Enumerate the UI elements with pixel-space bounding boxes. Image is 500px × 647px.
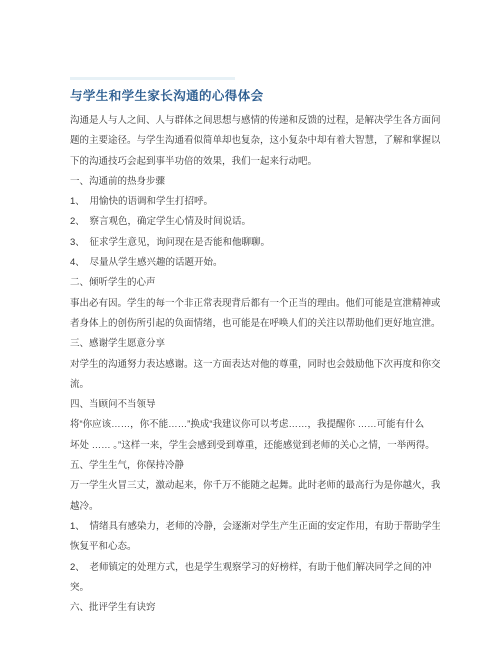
text-line: 题的主要途径。与学生沟通看似简单却也复杂，这小复杂中却有着大智慧，了解和掌握以 bbox=[70, 131, 440, 151]
text-line: 越冷。 bbox=[70, 497, 440, 517]
text-line: 恢复平和心态。 bbox=[70, 537, 440, 557]
document-body: 沟通是人与人之间、人与群体之间思想与感情的传递和反馈的过程，是解决学生各方面问 … bbox=[70, 111, 440, 618]
list-item: 4、 尽量从学生感兴趣的话题开始。 bbox=[70, 253, 440, 273]
paragraph: 将“你应该……，你不能……”换成“我建议你可以考虑……，我提醒你 ……可能有什么… bbox=[70, 415, 440, 456]
text-line: 对学生的沟通努力表达感谢。这一方面表达对他的尊重，同时也会鼓励他下次再度和你交 bbox=[70, 355, 440, 375]
text-line: 流。 bbox=[70, 375, 440, 395]
text-line: 万一学生火冒三丈，激动起来，你千万不能随之起舞。此时老师的最高行为是你越火，我 bbox=[70, 476, 440, 496]
text-line: 将“你应该……，你不能……”换成“我建议你可以考虑……，我提醒你 ……可能有什么 bbox=[70, 415, 440, 435]
article: 与学生和学生家长沟通的心得体会 沟通是人与人之间、人与群体之间思想与感情的传递和… bbox=[70, 77, 440, 618]
text-line: 突。 bbox=[70, 578, 440, 598]
paragraph: 对学生的沟通努力表达感谢。这一方面表达对他的尊重，同时也会鼓励他下次再度和你交 … bbox=[70, 355, 440, 396]
text-line: 2、 老师镇定的处理方式，也是学生观察学习的好榜样，有助于他们解决同学之间的冲 bbox=[70, 558, 440, 578]
page-title: 与学生和学生家长沟通的心得体会 bbox=[70, 88, 440, 105]
text-line: 者身体上的创伤所引起的负面情绪，也可能是在呼唤人们的关注以帮助他们更好地宣泄。 bbox=[70, 314, 440, 334]
list-item: 1、 用愉快的语调和学生打招呼。 bbox=[70, 192, 440, 212]
section-heading-2: 二、倾听学生的心声 bbox=[70, 273, 440, 293]
intro-paragraph: 沟通是人与人之间、人与群体之间思想与感情的传递和反馈的过程，是解决学生各方面问 … bbox=[70, 111, 440, 172]
section-heading-6: 六、批评学生有诀窍 bbox=[70, 598, 440, 618]
document-page: 与学生和学生家长沟通的心得体会 沟通是人与人之间、人与群体之间思想与感情的传递和… bbox=[0, 0, 500, 647]
text-line: 沟通是人与人之间、人与群体之间思想与感情的传递和反馈的过程，是解决学生各方面问 bbox=[70, 111, 440, 131]
numbered-paragraph: 2、 老师镇定的处理方式，也是学生观察学习的好榜样，有助于他们解决同学之间的冲 … bbox=[70, 558, 440, 599]
section-heading-4: 四、当顾问不当领导 bbox=[70, 395, 440, 415]
numbered-paragraph: 1、 情绪具有感染力，老师的冷静，会逐渐对学生产生正面的安定作用，有助于帮助学生… bbox=[70, 517, 440, 558]
text-line: 下的沟通技巧会起到事半功倍的效果，我们一起来行动吧。 bbox=[70, 152, 440, 172]
section-heading-5: 五、学生生气，你保持冷静 bbox=[70, 456, 440, 476]
list-item: 3、 征求学生意见，询问现在是否能和他聊聊。 bbox=[70, 233, 440, 253]
accent-rule bbox=[70, 77, 235, 80]
text-line: 事出必有因。学生的每一个非正常表现背后都有一个正当的理由。他们可能是宣泄精神或 bbox=[70, 294, 440, 314]
paragraph: 万一学生火冒三丈，激动起来，你千万不能随之起舞。此时老师的最高行为是你越火，我 … bbox=[70, 476, 440, 517]
section-heading-1: 一、沟通前的热身步骤 bbox=[70, 172, 440, 192]
section-heading-3: 三、感谢学生愿意分享 bbox=[70, 334, 440, 354]
list-item: 2、 察言观色，确定学生心情及时间说话。 bbox=[70, 212, 440, 232]
paragraph: 事出必有因。学生的每一个非正常表现背后都有一个正当的理由。他们可能是宣泄精神或 … bbox=[70, 294, 440, 335]
text-line: 坏处 …… 。”这样一来，学生会感到受到尊重，还能感觉到老师的关心之情，一举两得… bbox=[70, 436, 440, 456]
text-line: 1、 情绪具有感染力，老师的冷静，会逐渐对学生产生正面的安定作用，有助于帮助学生 bbox=[70, 517, 440, 537]
